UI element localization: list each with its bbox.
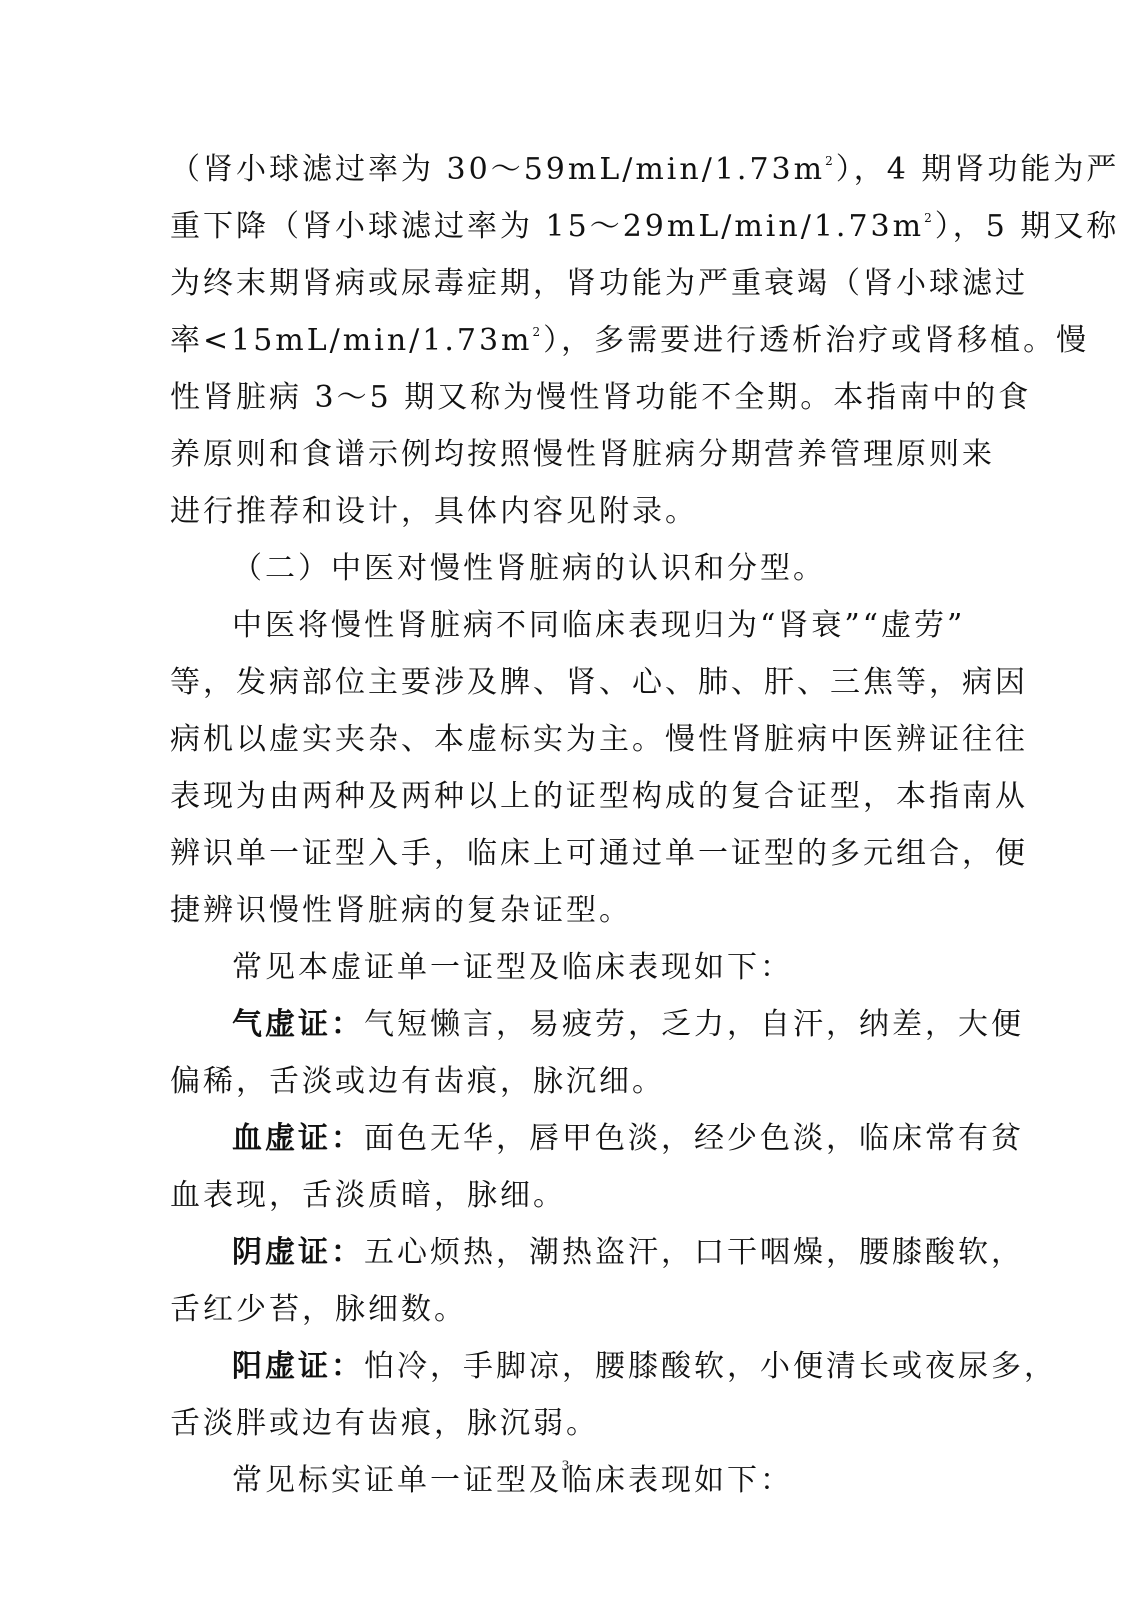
syndrome-term: 气虚证： — [232, 1007, 364, 1042]
text-line: 舌红少苔，脉细数。 — [170, 1281, 942, 1338]
text-line: 舌淡胖或边有齿痕，脉沉弱。 — [170, 1395, 942, 1452]
text-line: 阳虚证：怕冷，手脚凉，腰膝酸软，小便清长或夜尿多， — [170, 1338, 942, 1395]
text-line: 等，发病部位主要涉及脾、肾、心、肺、肝、三焦等，病因 — [170, 654, 942, 711]
text-line: 病机以虚实夹杂、本虚标实为主。慢性肾脏病中医辨证往往 — [170, 711, 942, 768]
text-line: 捷辨识慢性肾脏病的复杂证型。 — [170, 882, 942, 939]
text-line: 血表现，舌淡质暗，脉细。 — [170, 1167, 942, 1224]
syndrome-qi-deficiency: 气虚证：气短懒言，易疲劳，乏力，自汗，纳差，大便 偏稀，舌淡或边有齿痕，脉沉细。 — [170, 996, 942, 1110]
superscript: 2 — [533, 325, 544, 339]
tcm-intro-paragraph: 中医将慢性肾脏病不同临床表现归为“肾衰”“虚劳” 等，发病部位主要涉及脾、肾、心… — [170, 597, 942, 939]
deficiency-intro: 常见本虚证单一证型及临床表现如下： — [170, 939, 942, 996]
text-line: 进行推荐和设计，具体内容见附录。 — [170, 483, 942, 540]
syndrome-yang-deficiency: 阳虚证：怕冷，手脚凉，腰膝酸软，小便清长或夜尿多， 舌淡胖或边有齿痕，脉沉弱。 — [170, 1338, 942, 1452]
ckd-staging-paragraph: （肾小球滤过率为 30～59mL/min/1.73m2），4 期肾功能为严 重下… — [170, 141, 942, 540]
text-line: 气虚证：气短懒言，易疲劳，乏力，自汗，纳差，大便 — [170, 996, 942, 1053]
text-line: 重下降（肾小球滤过率为 15～29mL/min/1.73m2），5 期又称 — [170, 198, 942, 255]
section-heading: （二）中医对慢性肾脏病的认识和分型。 — [170, 540, 942, 597]
page-number: 3 — [0, 1458, 1131, 1475]
superscript: 2 — [825, 154, 836, 168]
syndrome-term: 阳虚证： — [232, 1349, 364, 1384]
text-line: 率<15mL/min/1.73m2），多需要进行透析治疗或肾移植。慢 — [170, 312, 942, 369]
text-line: 辨识单一证型入手，临床上可通过单一证型的多元组合，便 — [170, 825, 942, 882]
text-line: 偏稀，舌淡或边有齿痕，脉沉细。 — [170, 1053, 942, 1110]
text-line: （肾小球滤过率为 30～59mL/min/1.73m2），4 期肾功能为严 — [170, 141, 942, 198]
syndrome-term: 血虚证： — [232, 1121, 364, 1156]
text-line: 血虚证：面色无华，唇甲色淡，经少色淡，临床常有贫 — [170, 1110, 942, 1167]
document-page: （肾小球滤过率为 30～59mL/min/1.73m2），4 期肾功能为严 重下… — [170, 141, 942, 1509]
syndrome-blood-deficiency: 血虚证：面色无华，唇甲色淡，经少色淡，临床常有贫 血表现，舌淡质暗，脉细。 — [170, 1110, 942, 1224]
text-line: 中医将慢性肾脏病不同临床表现归为“肾衰”“虚劳” — [170, 597, 942, 654]
syndrome-yin-deficiency: 阴虚证：五心烦热，潮热盗汗，口干咽燥，腰膝酸软， 舌红少苔，脉细数。 — [170, 1224, 942, 1338]
text-line: 性肾脏病 3～5 期又称为慢性肾功能不全期。本指南中的食 — [170, 369, 942, 426]
text-line: 阴虚证：五心烦热，潮热盗汗，口干咽燥，腰膝酸软， — [170, 1224, 942, 1281]
text-line: 养原则和食谱示例均按照慢性肾脏病分期营养管理原则来 — [170, 426, 942, 483]
syndrome-term: 阴虚证： — [232, 1235, 364, 1270]
superscript: 2 — [924, 211, 935, 225]
text-line: 表现为由两种及两种以上的证型构成的复合证型，本指南从 — [170, 768, 942, 825]
text-line: 为终末期肾病或尿毒症期，肾功能为严重衰竭（肾小球滤过 — [170, 255, 942, 312]
